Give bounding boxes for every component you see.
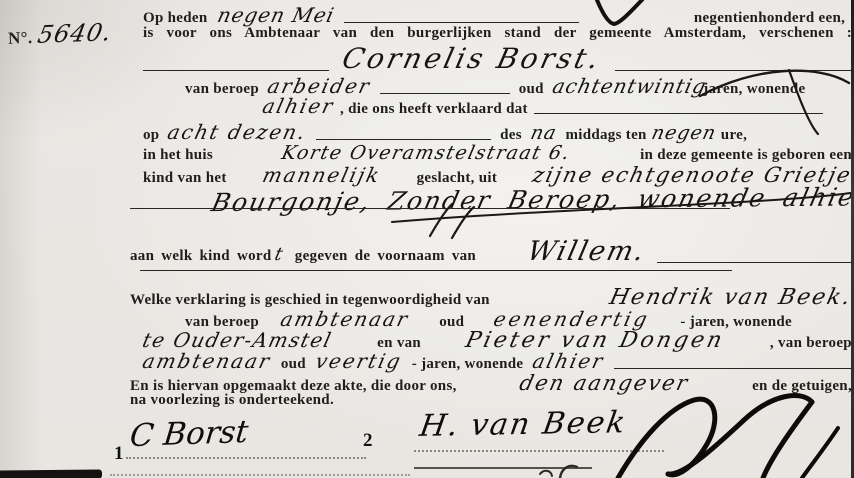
- printed-verklaard-dat: , die ons heeft verklaard dat: [340, 101, 528, 118]
- line-witness2-details: ambtenaar oud veertig - jaren, wonende a…: [143, 349, 852, 373]
- printed-geboren-een: in deze gemeente is geboren een: [640, 147, 852, 164]
- cutoff-signature-marks-2: [540, 471, 552, 476]
- printed-na-voorlezing: na voorlezing is onderteekend.: [130, 392, 334, 409]
- written-declarant-name: Cornelis Borst.: [339, 42, 604, 75]
- written-birth-day: acht dezen.: [166, 120, 310, 144]
- act-number: N°. 5640.: [8, 18, 113, 50]
- cutoff-dotted-line: [110, 474, 410, 476]
- written-address: Korte Overamstelstraat 6.: [280, 142, 573, 164]
- written-witness2-age: veertig: [313, 349, 404, 373]
- line-residence-declared: alhier , die ons heeft verklaard dat: [263, 94, 823, 118]
- written-mother-surname: Bourgonje, Zonder Beroep, wonende alhier…: [209, 182, 854, 217]
- printed-in-het-huis: in het huis: [143, 147, 213, 164]
- signature-underline: [414, 467, 592, 469]
- signature-dotted-line-1: [126, 457, 366, 459]
- line-date: Op heden negen Mei negentienhonderd een,: [143, 3, 852, 27]
- signature-declarant: C Borst: [128, 414, 250, 454]
- line-declarant-name: Cornelis Borst.: [143, 42, 852, 75]
- written-den-aangever: den aangever: [517, 371, 691, 395]
- printed-geslacht-uit: geslacht, uit: [417, 170, 498, 187]
- printed-en-de-getuigen: en de getuigen,: [752, 378, 852, 395]
- written-witness2-residence: alhier: [531, 349, 608, 373]
- blank-rule: [614, 368, 852, 369]
- blank-rule: [130, 208, 730, 209]
- printed-registrar-text: is voor ons Ambtenaar van den burgerlijk…: [143, 25, 852, 42]
- printed-voornaam-van: gegeven de voornaam van: [295, 248, 476, 265]
- printed-kind-van-het: kind van het: [143, 170, 227, 187]
- line-birth-time: op acht dezen. des na middags ten negen …: [143, 120, 852, 144]
- written-child-name: Willem.: [524, 236, 649, 267]
- line-closing-2: na voorlezing is onderteekend.: [130, 392, 334, 409]
- written-na: na: [528, 122, 559, 144]
- written-gender: mannelijk: [260, 163, 383, 187]
- blank-rule: [140, 270, 732, 271]
- signature-flourish-2: [668, 396, 812, 475]
- written-witness2-occupation: ambtenaar: [140, 349, 273, 373]
- line-address: in het huis Korte Overamstelstraat 6. in…: [143, 142, 852, 164]
- written-t: t: [272, 244, 285, 265]
- written-date: negen Mei: [215, 3, 337, 27]
- signature-dotted-line-2: [414, 450, 664, 452]
- birth-certificate-scan: N°. 5640. Op heden negen Mei negentienho…: [0, 0, 854, 478]
- blank-rule: [316, 139, 491, 140]
- blank-rule: [143, 70, 329, 71]
- scan-corner-mark: [0, 469, 102, 478]
- blank-rule: [615, 70, 852, 71]
- signature-witness1: H. van Beek: [417, 405, 629, 444]
- signature-flourish: [618, 399, 715, 478]
- written-hour: negen: [649, 122, 718, 144]
- blank-rule: [657, 262, 852, 263]
- signature-flourish-3: [763, 402, 812, 478]
- printed-aan-welk-kind: aan welk kind word: [130, 248, 272, 265]
- printed-van-beroep: van beroep: [185, 81, 259, 98]
- signature-number-2: 2: [363, 430, 373, 452]
- act-number-value: 5640.: [36, 18, 115, 49]
- line-registrar: is voor ons Ambtenaar van den burgerlijk…: [143, 25, 852, 42]
- line-mother-surname: Bourgonje, Zonder Beroep, wonende alhier…: [212, 182, 854, 217]
- blank-rule: [344, 22, 579, 23]
- act-number-prefix: N°.: [8, 28, 33, 49]
- signature-number-1: 1: [114, 443, 124, 465]
- signature-flourish-4: [802, 428, 838, 478]
- blank-rule: [534, 113, 823, 114]
- line-child-name: aan welk kind word t gegeven de voornaam…: [130, 236, 852, 267]
- written-residence: alhier: [260, 94, 337, 118]
